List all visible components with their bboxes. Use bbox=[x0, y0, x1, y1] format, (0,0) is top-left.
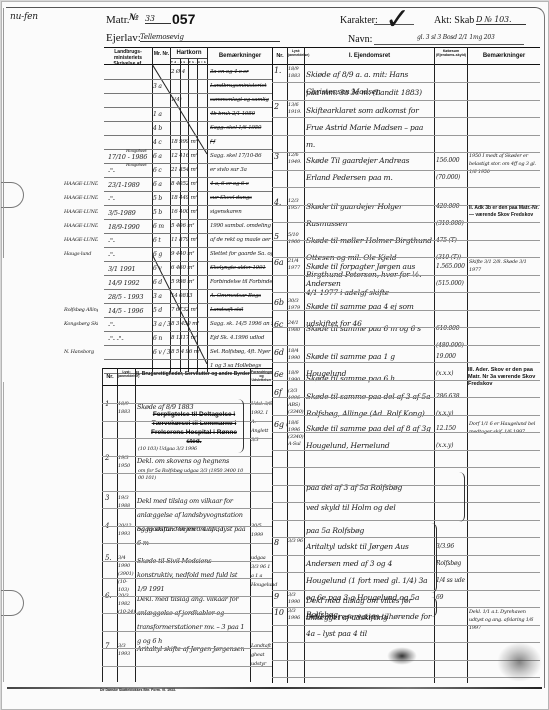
row-remark: 3a en og 4 c er bbox=[210, 69, 272, 75]
row-sub: om for 5a Rolfsbøg udgaa 3/3 (1950 3400 … bbox=[138, 468, 250, 482]
row-koebesum: 12.150 (x.x.y) bbox=[436, 420, 468, 454]
row-nr: 10 bbox=[274, 608, 288, 617]
row-date: -"- -"- bbox=[108, 335, 152, 343]
row-mr-nr: 3 a bbox=[153, 83, 170, 90]
left-edge bbox=[3, 8, 4, 258]
row-date: -"- bbox=[108, 251, 152, 259]
row-remark: er sivlo sur 3a bbox=[210, 167, 272, 173]
row-koebesum: 286.638 (x.x.y) bbox=[436, 388, 468, 422]
row-date: 18/9-1990 bbox=[108, 223, 152, 231]
row-lyst-date: 18/9 1990 bbox=[288, 370, 305, 384]
row-lyst-date: 3/3 1990 bbox=[288, 592, 305, 606]
row-ejendomsret-text: paa mm. 3a 3c m. (Landit 1883) bbox=[306, 84, 434, 101]
col-header-mr-nr: Mr. Nr. bbox=[153, 51, 170, 57]
row-date: 3/5-1989 bbox=[108, 209, 152, 217]
footer-print: De Danske Skatteblokkes Bhr. Form. VI. 1… bbox=[100, 688, 176, 692]
row-ejendomsret-text: Skøde til samme paa del af 3 af 5a Rolfs… bbox=[306, 388, 434, 422]
row-mr-nr: 5 b bbox=[153, 209, 170, 216]
karakter-mark: ✓ bbox=[385, 2, 410, 37]
row-office: HAAGE-LUND bbox=[64, 223, 98, 229]
row-mr-nr: 1 a bbox=[153, 111, 170, 118]
col-header-lyst: Lyst: (anmeldelse) bbox=[288, 49, 304, 57]
col-header-bemaerkninger: Bemærkninger bbox=[208, 53, 272, 59]
ruled-line bbox=[272, 240, 540, 241]
row-lyst-date: 12/6 1949. bbox=[288, 152, 305, 166]
row-lyst-date: 20/12 1993 bbox=[118, 522, 135, 538]
row-remark: sigenskaren bbox=[210, 209, 272, 215]
ruled-line bbox=[102, 403, 272, 404]
row-remark: Sagg. skel 17/10-86 bbox=[210, 153, 272, 159]
row-hartkorn: 5 406 m² bbox=[171, 223, 208, 229]
ruled-line bbox=[272, 82, 540, 83]
row-nr: 1 bbox=[105, 400, 109, 408]
row-office: HAAGE-LUND bbox=[64, 181, 98, 187]
row-remark: Ejd Sk. 4.1996 udlod bbox=[210, 335, 272, 341]
row-hartkorn: 9 440 m² bbox=[171, 251, 208, 257]
table-row: -"- -"-6 n8 1317 m²Ejd Sk. 4.1996 udlod bbox=[104, 332, 272, 346]
matr-no-hand: 33 bbox=[145, 14, 171, 24]
document-page: nu-fen Matr. № 33 057 Ejerlav: Tellemose… bbox=[1, 1, 549, 710]
ruled-line bbox=[272, 502, 540, 503]
ruled-line bbox=[272, 432, 540, 433]
ruled-line bbox=[272, 222, 540, 223]
row-hartkorn: 21 854 m² bbox=[171, 167, 208, 173]
stain bbox=[387, 647, 417, 665]
row-mr-nr: 4 b bbox=[153, 125, 170, 132]
row-mr-nr: 4 c bbox=[153, 139, 170, 146]
row-lyst-date: 13/6 1919. bbox=[288, 102, 305, 116]
ruled-line bbox=[272, 310, 540, 311]
stain bbox=[497, 642, 542, 682]
row-hartkorn: 14 0813 bbox=[171, 293, 208, 299]
stamp-skov-remark: III. Ader. Skov er den paa Matr. Nr 3a v… bbox=[468, 367, 540, 388]
table-row: Hougebeet-"-6 c21 854 m²er sivlo sur 3a bbox=[104, 164, 272, 178]
row-hartkorn: 6 460 m² bbox=[171, 265, 208, 271]
ruled-line bbox=[102, 421, 272, 422]
row-office: HAAGE-LUND bbox=[64, 209, 98, 215]
row-remark: Landsaft skil bbox=[210, 307, 272, 313]
row-nr: 6d bbox=[274, 348, 288, 357]
row-mr-nr: 3 a bbox=[153, 293, 170, 300]
row-office: Rolfsbøg Allinge bbox=[64, 307, 98, 313]
row-remark: 4 a, 6 er og 6 e bbox=[210, 181, 272, 187]
row-forandring: 30/5 1999 bbox=[251, 522, 273, 540]
row-hartkorn: 12 416 m² bbox=[171, 153, 208, 159]
matr-number: 057 bbox=[172, 11, 195, 27]
ruled-line bbox=[272, 555, 540, 556]
row-koebesum: 420.000 (310.000) bbox=[436, 198, 468, 232]
row-remark: Sagg. sk. 14/5 1996 an 5a og 6 er bbox=[210, 321, 272, 327]
row-forandring: udgaa 3/3 96 1 a 1 a Hougelund bbox=[251, 554, 273, 590]
row-mr-nr: 5 b bbox=[153, 195, 170, 202]
row-nr: 6f bbox=[274, 388, 288, 397]
row-hartkorn: 18 999 m² bbox=[171, 139, 208, 145]
row-mr-nr: 6 t bbox=[153, 237, 170, 244]
row-office: HAAGE-LUND bbox=[64, 237, 98, 243]
row-remark: Sagg. skel 1/6 1950 bbox=[210, 125, 272, 131]
ruled-line bbox=[272, 625, 540, 626]
table-row: Kongsbørg Skiusst-"-3 a / 3 b8 3 450 m²S… bbox=[104, 318, 272, 332]
navn-value: gl. 3 sl 3 Bosd 2/1 1mg 203 bbox=[417, 34, 495, 41]
row-ejendomsret-text: Skøde Til gaardejer Andreas Erland Peder… bbox=[306, 152, 434, 186]
ruled-line bbox=[102, 438, 272, 439]
row-remark: Forbindelse til Forbindelse bbox=[210, 279, 272, 285]
ruled-line bbox=[102, 666, 272, 667]
ruled-line bbox=[272, 345, 540, 346]
ruled-line bbox=[102, 508, 272, 509]
ruled-line bbox=[272, 327, 540, 328]
ruled-line bbox=[102, 578, 272, 579]
row-remark: Sel. Rolfsbøg, 4ft. Nyer bbox=[210, 349, 272, 355]
stamp-adk-remark: II. Adk 3b er den paa Matr.-Nr. — værend… bbox=[469, 205, 539, 219]
ruled-line bbox=[272, 257, 540, 258]
brace bbox=[237, 399, 244, 453]
row-lyst-date: 3/4 1990 (3901) (10-103) bbox=[118, 554, 135, 594]
row-lyst-date: 18/9 1883 bbox=[288, 66, 305, 80]
row-date: 14/9 1992 bbox=[108, 279, 152, 287]
row-nr: 3 bbox=[105, 494, 109, 502]
table-row: 14/9 19926 d5 998 m²Forbindelse til Forb… bbox=[104, 276, 272, 290]
row-nr: 6a bbox=[274, 258, 288, 267]
row-date: 14/5 - 1996 bbox=[108, 307, 152, 315]
row-hartkorn: 8 4052 m² bbox=[171, 181, 208, 187]
ruled-line bbox=[272, 135, 540, 136]
brace bbox=[459, 472, 465, 522]
row-date: -"- bbox=[108, 237, 152, 245]
row-office: N. Hansborg bbox=[64, 349, 98, 355]
col-header-ejendomsret: I. Ejendomsret bbox=[305, 53, 434, 59]
row-remark: sur Skeel dungs bbox=[210, 195, 272, 201]
row-lyst-date: 5/10 1960 bbox=[288, 232, 305, 246]
ejerlav-label: Ejerlav: bbox=[106, 32, 141, 44]
row-ejendomsret-text: Skiftearklaret som adkomst for Frue Astr… bbox=[306, 102, 434, 153]
ruled-line bbox=[102, 596, 272, 597]
row-remark: sammenlagt og samlig bbox=[210, 97, 272, 103]
row-nr: 9 bbox=[274, 592, 288, 601]
row-hartkorn: 8 5 4 96 m² bbox=[171, 349, 208, 355]
ruled-line bbox=[272, 415, 540, 416]
ruled-line bbox=[272, 572, 540, 573]
row-mr-nr: 6 n bbox=[153, 335, 170, 342]
row-koebesum: 19.000 (x.x.x) bbox=[436, 348, 468, 382]
table-row: N. Hansborg6 v / 3 a8 5 4 96 m²Sel. Rolf… bbox=[104, 346, 272, 360]
bottom-edge bbox=[7, 687, 542, 689]
ruled-line bbox=[272, 117, 540, 118]
row-nr: 8 bbox=[274, 538, 288, 547]
row-date: 28/5 - 1993 bbox=[108, 293, 152, 301]
brace bbox=[430, 523, 437, 593]
row-lyst-date: (3/3 1996 ABS) (3340) bbox=[288, 388, 305, 416]
table-row: 28/5 - 19933 a14 0813A. Omrnedsar Bogs bbox=[104, 290, 272, 304]
matr-label: Matr. bbox=[106, 14, 130, 26]
row-lyst-date: 18/6 1996 (3340) A-Sul bbox=[288, 420, 305, 448]
ruled-line bbox=[102, 613, 272, 614]
table-row: 4 bSagg. skel 1/6 1950 bbox=[104, 122, 272, 136]
ejerlav-value: Tellemosevig bbox=[140, 33, 280, 42]
row-mr-nr: 6 d bbox=[153, 279, 170, 286]
row-koebesum: 156.000 (70.000) bbox=[436, 152, 468, 186]
ruled-line bbox=[102, 648, 272, 649]
row-nr: 6b bbox=[274, 298, 288, 307]
row-mr-nr: 6 c bbox=[153, 167, 170, 174]
row-mr-nr: 6 a bbox=[153, 181, 170, 188]
row-servitut-text: Dekl. med tilslag ang. vilkaar for anlæg… bbox=[137, 592, 249, 648]
row-bemaerkning: 1950 I medt af Skøder er belastigt stor.… bbox=[469, 152, 539, 176]
ruled-line bbox=[272, 397, 540, 398]
row-lyst-date: 18/4 1990 bbox=[288, 348, 305, 362]
row-mr-nr: 6 a bbox=[153, 153, 170, 160]
ruled-line bbox=[272, 450, 540, 451]
row-hartkorn: 2 Ø 4 bbox=[171, 69, 208, 75]
table-row: 3 aLandbrugsministeriet bbox=[104, 80, 272, 94]
table-row: 2 Ø 43a en og 4 c er bbox=[104, 66, 272, 80]
col-header-brugsrettigheder: II. Brugsrettigheder, Servitutter og and… bbox=[136, 371, 250, 377]
row-mr-nr: 6 m bbox=[153, 223, 170, 230]
akt-value: D № 103. bbox=[476, 15, 526, 25]
row-mr-nr: 5 d bbox=[153, 307, 170, 314]
row-hartkorn: 1(4) bbox=[171, 97, 208, 103]
ruled-line bbox=[102, 473, 272, 474]
table-row: HAAGE-LUND3/5-19895 b16 400 m²sigenskare… bbox=[104, 206, 272, 220]
row-ejendomsret-text: paa del af 3 af 5a Rolfsbøg bbox=[306, 479, 434, 496]
row-remark: Skelyngte alder 1991 bbox=[210, 265, 272, 271]
row-bemaerkning: Skifte 3/1 2/8. Skøde 3/1 1977 bbox=[469, 258, 539, 274]
row-forandring: Landtaft gheat udstyr bbox=[251, 642, 273, 669]
row-office: Kongsbørg Skiusst bbox=[64, 321, 98, 327]
row-lyst-date: 3/3 96 bbox=[288, 538, 305, 545]
row-mr-nr: 6 v / 3 a bbox=[153, 349, 170, 356]
row-servitut-text: Aritaltyl skifte af Jørgen Jørgensen bbox=[137, 642, 249, 656]
row-hartkorn: 8 1317 m² bbox=[171, 335, 208, 341]
row-remark: 4b bruk 2/1 1950 bbox=[210, 111, 272, 117]
row-lyst-date: 21/4 1977 bbox=[288, 258, 305, 272]
row-hartkorn: 18 449 m² bbox=[171, 195, 208, 201]
row-remark: Landbrugsministeriet bbox=[210, 83, 272, 89]
table-row: HAAGE-LUND23/1-19896 a8 4052 m²4 a, 6 er… bbox=[104, 178, 272, 192]
ruled-line bbox=[272, 467, 540, 468]
row-hartkorn: 7 6732 m² bbox=[171, 307, 208, 313]
col-header-lyst-ii: Lyst: (anmeldelse) bbox=[118, 370, 135, 378]
ruled-line bbox=[272, 100, 540, 101]
col-header-hartkorn: Hartkorn bbox=[171, 50, 207, 56]
row-note: (10 103) Udgaa 3/3 1996 bbox=[138, 446, 197, 452]
ruled-line bbox=[102, 456, 272, 457]
brace bbox=[430, 597, 437, 617]
left-edge bbox=[3, 382, 4, 682]
ruled-line bbox=[272, 362, 540, 363]
row-remark: f f bbox=[210, 139, 272, 145]
ruled-line bbox=[102, 561, 272, 562]
col-header-koebesum: Købesum (Ejendoms-skyld) bbox=[435, 49, 467, 57]
row-ejendomsret-text: Skøde til samme paa 6 m og 6 s bbox=[306, 320, 434, 337]
table-row: HAAGE-LUND18/9-19906 m5 406 m²1990 samba… bbox=[104, 220, 272, 234]
row-date: 23/1-1989 bbox=[108, 181, 152, 189]
row-remark: 1990 sambal. omdeling bbox=[210, 223, 272, 229]
row-nr: 6g 6 bbox=[274, 420, 288, 429]
row-hartkorn: 8 3 450 m² bbox=[171, 321, 208, 327]
table-row: HAAGE-LUND-"-6 t11 879 m²af de rekt og m… bbox=[104, 234, 272, 248]
ruled-line bbox=[272, 485, 540, 486]
col-header-bemaerkninger-right: Bemærkninger bbox=[468, 53, 540, 59]
ruled-line bbox=[102, 491, 272, 492]
ruled-line bbox=[272, 537, 540, 538]
ruled-line bbox=[102, 631, 272, 632]
ruled-line bbox=[272, 152, 540, 153]
row-lyst-date: 3/3 1996 bbox=[288, 608, 305, 622]
row-office: Haugs-lund bbox=[64, 251, 98, 257]
row-mr-nr: 6 v bbox=[153, 265, 170, 272]
row-mr-nr: 6 g bbox=[153, 251, 170, 258]
row-date: -"- bbox=[108, 167, 152, 175]
row-bemaerkning: Dekl. 1/1 a.t. Dyrehaven udtyst og ang. … bbox=[469, 608, 539, 632]
row-printed-servitut: Forpligtelse til Deltagelse i Tærvekørse… bbox=[146, 410, 242, 446]
row-nr: 1. bbox=[274, 66, 288, 75]
row-mr-nr: 3 a / 3 b bbox=[153, 321, 170, 328]
row-remark: af de rekt og maale aer bbox=[210, 237, 272, 243]
row-ejendomsret-text: Skøde til gaardejer Holger Rasmussen bbox=[306, 198, 434, 232]
table-row: HAAGE-LUND-"-5 b18 449 m²sur Skeel dungs bbox=[104, 192, 272, 206]
row-nr: 3 bbox=[274, 152, 288, 161]
ruled-line bbox=[272, 275, 540, 276]
row-date: -"- bbox=[108, 321, 152, 329]
ruled-line bbox=[272, 520, 540, 521]
row-remark: A. Omrnedsar Bogs bbox=[210, 293, 272, 299]
navn-line bbox=[374, 44, 524, 45]
row-date: 3/1 1991 bbox=[108, 265, 152, 273]
ruled-line bbox=[272, 170, 540, 171]
row-hartkorn: 16 400 m² bbox=[171, 209, 208, 215]
table-row: 1 a4b bruk 2/1 1950 bbox=[104, 108, 272, 122]
karakter-label: Karakter: bbox=[340, 15, 378, 26]
ruled-line bbox=[102, 526, 272, 527]
navn-label: Navn: bbox=[348, 34, 372, 45]
ruled-line bbox=[272, 292, 540, 293]
row-nr: 6e bbox=[274, 370, 288, 379]
matr-no-label: № bbox=[129, 13, 139, 23]
col-header-nr: Nr. bbox=[273, 53, 287, 59]
ruled-line bbox=[272, 187, 540, 188]
row-bemaerkning: Dorf 1/1 6 er Haugelund bel medtager ski… bbox=[469, 420, 539, 436]
table-row: Rolfsbøg Allinge14/5 - 19965 d7 6732 m²L… bbox=[104, 304, 272, 318]
row-date: 17/10 - 1986 bbox=[108, 153, 152, 161]
ruled-line bbox=[272, 607, 540, 608]
col-header-skrivelse: Landbrugs-ministeriets Skrivelse af. bbox=[105, 49, 151, 67]
col-header-nr-ii: Nr. bbox=[103, 374, 117, 380]
col-header-forandringer: Forandringer og Udslettelser bbox=[251, 370, 272, 382]
table-row: 3/1 19916 v6 460 m²Skelyngte alder 1991 bbox=[104, 262, 272, 276]
akt-label: Akt: Skab bbox=[434, 15, 474, 26]
row-office: HAAGE-LUND bbox=[64, 195, 98, 201]
row-ejendomsret-text: Skøde til samme paa del af 8 af 3g Houge… bbox=[306, 420, 434, 454]
ruled-line bbox=[102, 543, 272, 544]
ruled-line bbox=[272, 590, 540, 591]
table-row: 1(4)sammenlagt og samlig bbox=[104, 94, 272, 108]
row-hartkorn: 11 879 m² bbox=[171, 237, 208, 243]
row-lyst-date: 3/3 1993 bbox=[118, 642, 135, 658]
row-remark: Slettet for gaarde Sa. og bbox=[210, 251, 272, 257]
row-hartkorn: 5 998 m² bbox=[171, 279, 208, 285]
row-date: -"- bbox=[108, 195, 152, 203]
row-nr: 2 bbox=[274, 102, 288, 111]
table-row: Haugs-lund-"-6 g9 440 m²Slettet for gaar… bbox=[104, 248, 272, 262]
row-ejendomsret-text: Skøde til samme paa 6 h bbox=[306, 370, 434, 387]
